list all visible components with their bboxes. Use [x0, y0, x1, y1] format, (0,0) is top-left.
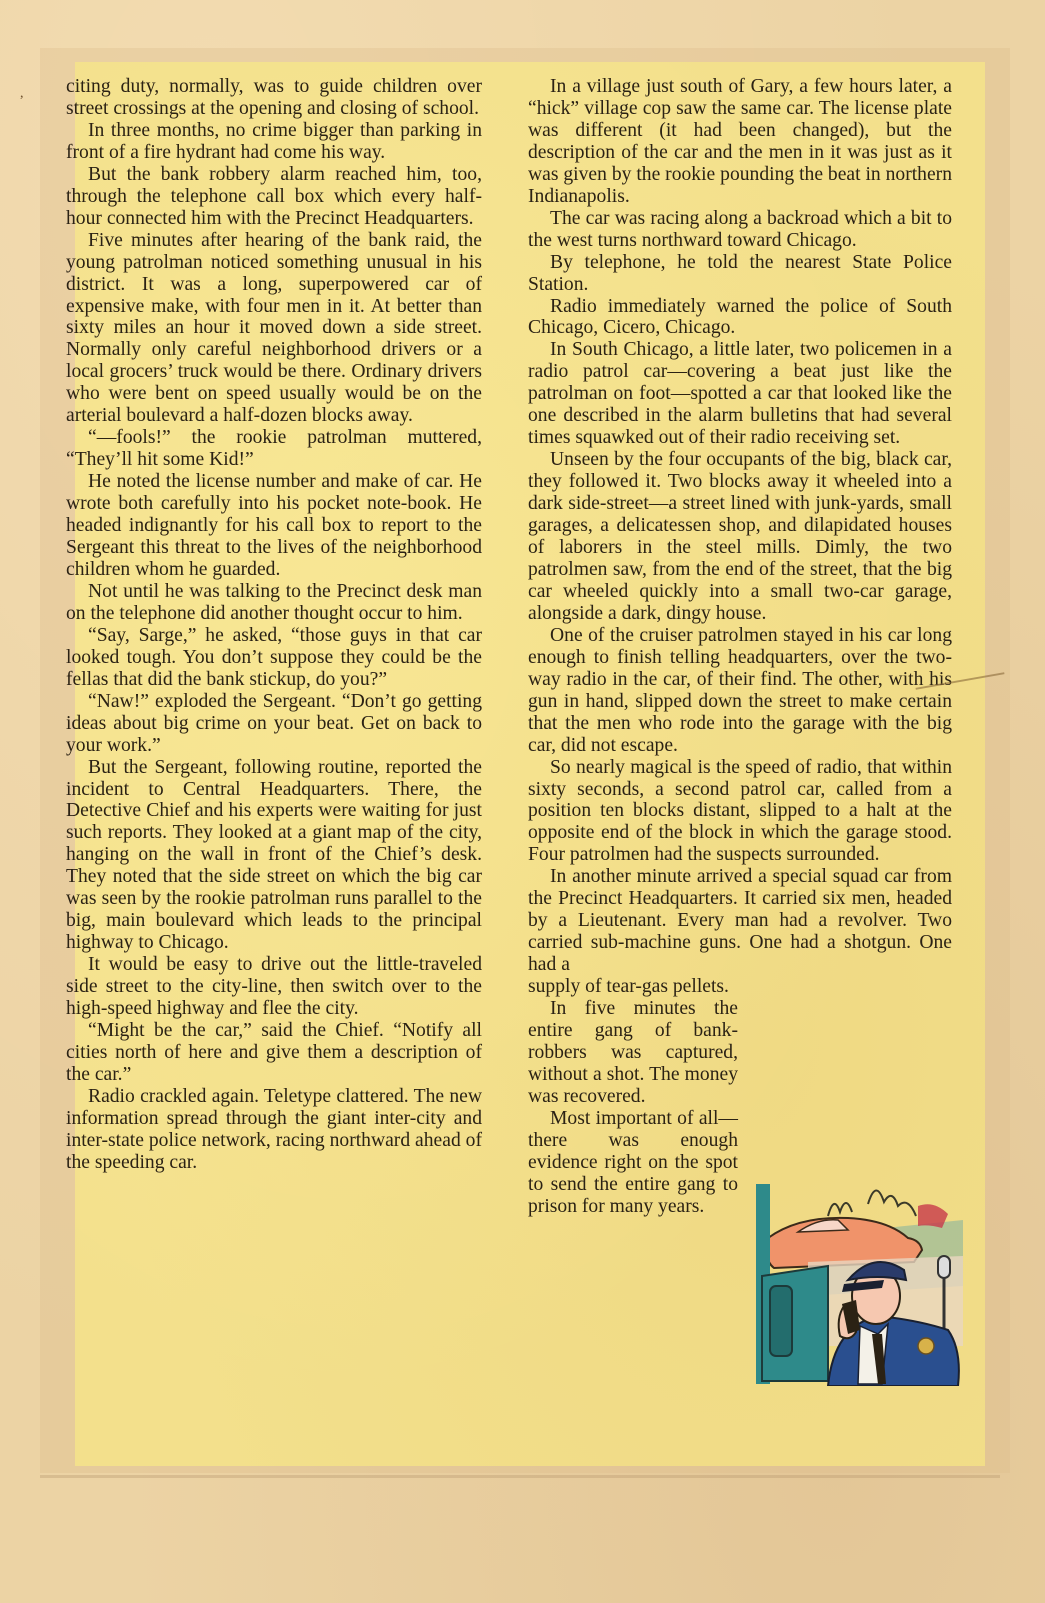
paragraph: But the Sergeant, following routine, re­… — [66, 757, 482, 955]
paragraph: “—fools!” the rookie patrolman muttered,… — [66, 427, 482, 471]
paragraph: citing duty, normally, was to guide chil… — [66, 76, 482, 120]
paragraph: In five minutes the entire gang of bank-… — [528, 998, 738, 1108]
paragraph: He noted the license number and make of … — [66, 471, 482, 581]
paragraph: It would be easy to drive out the little… — [66, 954, 482, 1020]
paragraph: supply of tear-gas pellets. — [528, 976, 738, 998]
paragraph: In three months, no crime bigger than pa… — [66, 120, 482, 164]
paragraph: In South Chicago, a little later, two po… — [528, 339, 952, 449]
paragraph: The car was racing along a backroad whic… — [528, 208, 952, 252]
right-column: In a village just south of Gary, a few h… — [528, 76, 952, 1218]
paragraph: “Naw!” exploded the Sergeant. “Don’t go … — [66, 691, 482, 757]
paragraph: Radio crackled again. Teletype clattered… — [66, 1086, 482, 1174]
paragraph: Radio immediately warned the police of S… — [528, 296, 952, 340]
paragraph: But the bank robbery alarm reached him, … — [66, 164, 482, 230]
paragraph: Unseen by the four occupants of the big,… — [528, 449, 952, 625]
paragraph: “Say, Sarge,” he asked, “those guys in t… — [66, 625, 482, 691]
paragraph: In a village just south of Gary, a few h… — [528, 76, 952, 208]
left-column: citing duty, normally, was to guide chil… — [66, 76, 482, 1174]
paragraph: Most important of all—there was enough e… — [528, 1108, 738, 1218]
panel-edge-shadow — [40, 1475, 1000, 1478]
paragraph: Five minutes after hearing of the bank r… — [66, 230, 482, 428]
policeman-callbox-illustration — [748, 1176, 963, 1386]
paragraph: One of the cruiser patrolmen stayed in h… — [528, 625, 952, 757]
paragraph: By telephone, he told the nearest State … — [528, 252, 952, 296]
margin-speck: , — [20, 86, 24, 102]
paragraph: So nearly magical is the speed of radio,… — [528, 757, 952, 867]
paragraph: Not until he was talking to the Precinct… — [66, 581, 482, 625]
narrow-text-block: supply of tear-gas pellets. In five minu… — [528, 976, 738, 1217]
paragraph: “Might be the car,” said the Chief. “Not… — [66, 1020, 482, 1086]
paragraph: In another minute arrived a special squa… — [528, 866, 952, 976]
